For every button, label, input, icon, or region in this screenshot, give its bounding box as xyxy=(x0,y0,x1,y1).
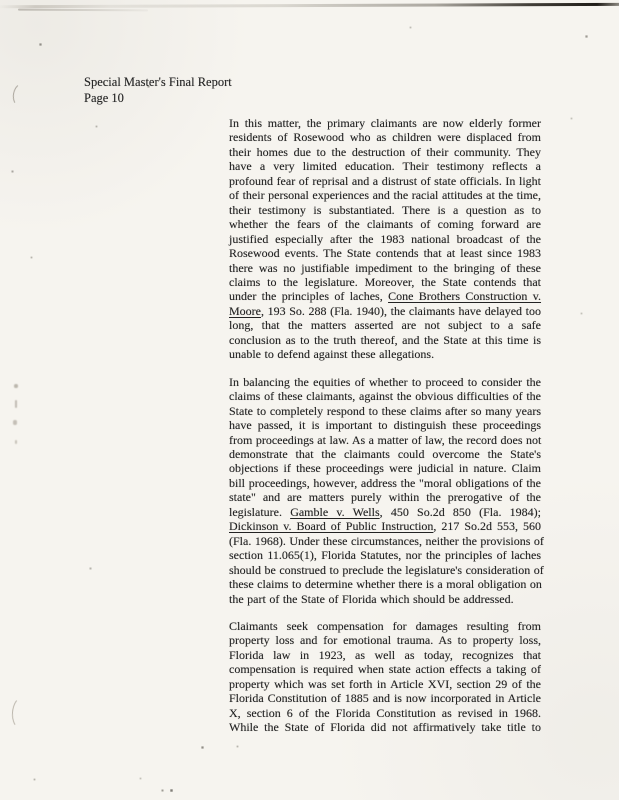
text-line: (Fla. 1968). Under these circumstances, … xyxy=(229,534,541,548)
text-line: Florida law in 1923, as well as today, r… xyxy=(229,648,541,662)
text-line: In this matter, the primary claimants ar… xyxy=(229,116,541,130)
text-segment: should be construed to preclude the legi… xyxy=(229,563,544,577)
text-line: have passed, it is important to distingu… xyxy=(229,418,541,432)
text-line: from proceedings at law. As a matter of … xyxy=(229,433,541,447)
scan-artifact-pen-curve xyxy=(11,696,32,729)
scan-artifact-margin-mark xyxy=(13,420,17,425)
text-line: Moore, 193 So. 288 (Fla. 1940), the clai… xyxy=(229,304,541,318)
text-segment: conclusion as to the truth thereof, and … xyxy=(229,333,541,347)
text-segment: whether the fears of the claimants of co… xyxy=(229,217,541,231)
scan-artifact-margin-mark xyxy=(15,440,17,444)
text-line: state" and are matters purely within the… xyxy=(229,490,541,504)
page-number: Page 10 xyxy=(84,90,232,106)
text-segment: (Fla. 1968). Under these circumstances, … xyxy=(229,534,544,548)
text-line: have a very limited education. Their tes… xyxy=(229,159,541,173)
text-segment: While the State of Florida did not affir… xyxy=(229,720,541,734)
text-line: residents of Rosewood who as children we… xyxy=(229,130,541,144)
text-line: their homes due to the destruction of th… xyxy=(229,145,541,159)
text-segment: property which was set forth in Article … xyxy=(229,677,541,691)
text-line: the part of the State of Florida which s… xyxy=(229,592,541,606)
text-line: While the State of Florida did not affir… xyxy=(229,720,541,734)
text-line: In balancing the equities of whether to … xyxy=(229,375,541,389)
text-segment: have a very limited education. Their tes… xyxy=(229,159,541,173)
text-segment: In this matter, the primary claimants ar… xyxy=(229,116,541,130)
text-segment: Florida law in 1923, as well as today, r… xyxy=(229,648,541,662)
text-segment: bill proceedings, however, address the "… xyxy=(229,476,541,490)
text-segment: the part of the State of Florida which s… xyxy=(229,592,514,606)
text-segment: , 450 So.2d 850 (Fla. 1984); xyxy=(380,505,541,519)
case-citation: Cone Brothers Construction v. xyxy=(388,289,541,303)
text-line: objections if these proceedings were jud… xyxy=(229,461,541,475)
text-line: justified especially after the 1983 nati… xyxy=(229,232,541,246)
text-segment: State to completely respond to these cla… xyxy=(229,404,541,418)
paragraph: In this matter, the primary claimants ar… xyxy=(229,116,541,362)
text-line: claims to the legislature. Moreover, the… xyxy=(229,275,541,289)
text-line: of their personal experiences and the ra… xyxy=(229,188,541,202)
text-segment: X, section 6 of the Florida Constitution… xyxy=(229,706,541,720)
text-line: bill proceedings, however, address the "… xyxy=(229,476,541,490)
text-segment: claims of these claimants, against the o… xyxy=(229,389,541,403)
text-line: Claimants seek compensation for damages … xyxy=(229,619,541,633)
text-segment: claims to the legislature. Moreover, the… xyxy=(229,275,541,289)
text-line: property which was set forth in Article … xyxy=(229,677,541,691)
scan-artifact-top-line xyxy=(0,3,619,8)
text-line: long, that the matters asserted are not … xyxy=(229,318,541,332)
text-line: X, section 6 of the Florida Constitution… xyxy=(229,706,541,720)
text-line: claims of these claimants, against the o… xyxy=(229,389,541,403)
case-citation: Gamble v. Wells xyxy=(290,505,379,519)
text-segment: compensation is required when state acti… xyxy=(229,662,541,676)
scan-artifact-pen-curve xyxy=(11,82,32,109)
text-segment: of their personal experiences and the ra… xyxy=(229,188,541,202)
text-line: legislature. Gamble v. Wells, 450 So.2d … xyxy=(229,505,541,519)
text-segment: demonstrate that the claimants could ove… xyxy=(229,447,541,461)
text-segment: residents of Rosewood who as children we… xyxy=(229,130,541,144)
text-segment: objections if these proceedings were jud… xyxy=(229,461,541,475)
scan-artifact-margin-mark xyxy=(15,400,17,408)
document-body: In this matter, the primary claimants ar… xyxy=(229,116,541,748)
paragraph: In balancing the equities of whether to … xyxy=(229,375,541,606)
text-segment: their homes due to the destruction of th… xyxy=(229,145,541,159)
text-line: profound fear of reprisal and a distrust… xyxy=(229,174,541,188)
text-line: these claims to determine whether there … xyxy=(229,577,541,591)
text-line: property loss and for emotional trauma. … xyxy=(229,633,541,647)
text-segment: , 193 So. 288 (Fla. 1940), the claimants… xyxy=(261,304,541,318)
text-line: there was no justifiable impediment to t… xyxy=(229,261,541,275)
text-segment: section 11.065(1), Florida Statutes, nor… xyxy=(229,548,541,562)
text-segment: have passed, it is important to distingu… xyxy=(229,418,541,432)
text-segment: Claimants seek compensation for damages … xyxy=(229,619,541,633)
text-line: Rosewood events. The State contends that… xyxy=(229,246,541,260)
text-segment: there was no justifiable impediment to t… xyxy=(229,261,541,275)
text-segment: these claims to determine whether there … xyxy=(229,577,542,591)
scan-artifact-top-smudge xyxy=(18,9,148,12)
text-segment: In balancing the equities of whether to … xyxy=(229,375,541,389)
text-line: State to completely respond to these cla… xyxy=(229,404,541,418)
text-line: section 11.065(1), Florida Statutes, nor… xyxy=(229,548,541,562)
text-segment: justified especially after the 1983 nati… xyxy=(229,232,541,246)
text-segment: legislature. xyxy=(229,505,290,519)
text-segment: under the principles of laches, xyxy=(229,289,388,303)
scan-artifact-margin-mark xyxy=(14,384,18,388)
text-segment: from proceedings at law. As a matter of … xyxy=(229,433,541,447)
text-segment: Rosewood events. The State contends that… xyxy=(229,246,541,260)
text-line: conclusion as to the truth thereof, and … xyxy=(229,333,541,347)
text-segment: profound fear of reprisal and a distrust… xyxy=(229,174,541,188)
case-citation: Dickinson v. Board of Public Instruction xyxy=(229,519,433,533)
text-line: compensation is required when state acti… xyxy=(229,662,541,676)
text-segment: long, that the matters asserted are not … xyxy=(229,318,541,332)
case-citation: Moore xyxy=(229,304,261,318)
text-segment: Florida Constitution of 1885 and is now … xyxy=(229,691,541,705)
text-line: demonstrate that the claimants could ove… xyxy=(229,447,541,461)
scan-artifact-specks xyxy=(0,0,1,1)
text-segment: their testimony is substantiated. There … xyxy=(229,203,541,217)
report-header: Special Master's Final Report Page 10 xyxy=(84,74,232,106)
scanned-document-page: Special Master's Final Report Page 10 In… xyxy=(0,0,619,800)
text-line: unable to defend against these allegatio… xyxy=(229,347,541,361)
text-line: Florida Constitution of 1885 and is now … xyxy=(229,691,541,705)
text-line: Dickinson v. Board of Public Instruction… xyxy=(229,519,541,533)
report-title: Special Master's Final Report xyxy=(84,74,232,90)
text-line: under the principles of laches, Cone Bro… xyxy=(229,289,541,303)
text-line: should be construed to preclude the legi… xyxy=(229,563,541,577)
text-segment: state" and are matters purely within the… xyxy=(229,490,541,504)
text-line: their testimony is substantiated. There … xyxy=(229,203,541,217)
text-segment: , 217 So.2d 553, 560 xyxy=(433,519,541,533)
text-line: whether the fears of the claimants of co… xyxy=(229,217,541,231)
text-segment: unable to defend against these allegatio… xyxy=(229,347,434,361)
paragraph: Claimants seek compensation for damages … xyxy=(229,619,541,735)
text-segment: property loss and for emotional trauma. … xyxy=(229,633,541,647)
